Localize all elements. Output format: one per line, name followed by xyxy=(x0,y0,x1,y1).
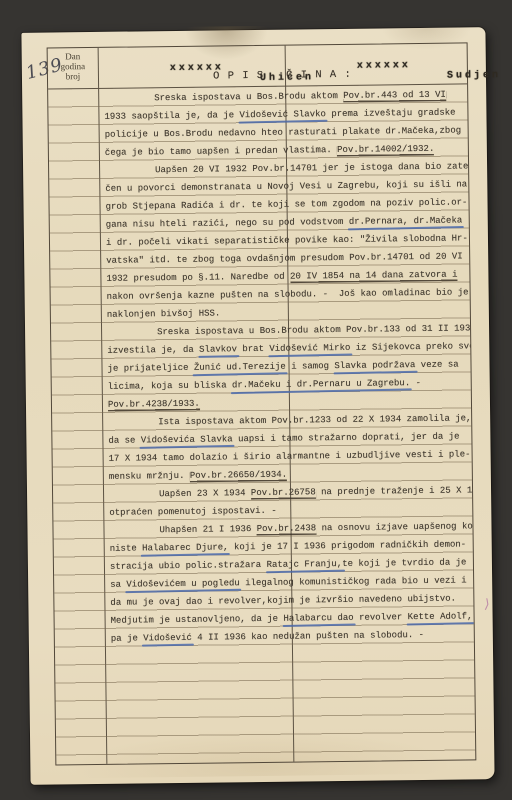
hand-underlined-name: Žunić ud.Terezije xyxy=(194,362,286,373)
hand-underlined-name: Vidošević xyxy=(143,633,192,644)
text-segment: 17 X 1934 tamo dolazio i širio alarmantn… xyxy=(109,449,471,463)
text-segment: stracija ubio polic.stražara xyxy=(110,560,267,572)
hand-underlined-name: Vidošević Mirko xyxy=(269,343,350,354)
text-segment: mensku mržnju. xyxy=(109,471,190,482)
text-segment: grob Stjepana Radića i dr. te koji se to… xyxy=(105,197,467,211)
text-segment: naklonjen bivšoj HSS. xyxy=(107,308,221,319)
text-segment: Uapšen 20 VI 1932 Pov.br.14701 jer je is… xyxy=(155,161,474,175)
text-segment: Sreska ispostava u Bos.Brodu aktom Pov.b… xyxy=(157,323,475,337)
hand-underlined-name: Slavkov xyxy=(199,344,237,354)
typed-underlined-reference: Pov.br.14002/1932. xyxy=(337,144,434,155)
text-segment: Ista ispostava aktom Pov.br.1233 od 22 X… xyxy=(158,413,471,427)
text-segment: licima, koja su bliska xyxy=(108,380,232,392)
typed-underlined-reference: Pov.br.26758 xyxy=(251,487,316,498)
text-segment: da mu je ovaj dao i revolver,kojim je iz… xyxy=(110,594,456,608)
text-segment: iz Sijekovca preko svo- xyxy=(350,341,475,353)
typed-underlined-reference: 20 IV 1854 na 14 dana zatvora i xyxy=(290,270,458,282)
typed-underlined-reference: Pov.br.2438 xyxy=(257,523,317,534)
text-segment: uapsi i tamo stražarno doprati, jer da j… xyxy=(233,432,460,445)
text-segment: čen u povorci demonstranata u Novoj Vesi… xyxy=(105,179,467,193)
hand-underlined-name: Slavka podržava xyxy=(334,360,415,371)
text-segment: i dr. počeli vikati separatističke povik… xyxy=(106,233,468,247)
typed-underlined-reference: Pov.br.443 od 13 VI xyxy=(343,90,446,101)
ruled-body-area: Sreska ispostava u Bos.Brodu aktom Pov.b… xyxy=(48,84,475,764)
form-table: Dan godina broj Uhićen xxxxxx Sudjen xxx… xyxy=(47,42,477,765)
hand-underlined-name: Vidoševića Slavka xyxy=(141,434,233,445)
text-segment: čega je bio tamo uapšen i predan vlastim… xyxy=(105,145,337,158)
typed-underlined-reference: Pov.br.26650/1934. xyxy=(190,470,287,481)
day-column-header: Dan godina broj xyxy=(48,51,98,82)
typed-underlined-reference: Pov.br.4238/1933. xyxy=(108,399,200,410)
text-segment: pa je xyxy=(111,633,144,643)
hand-underlined-name: Vidošević Slavko xyxy=(239,109,326,120)
scanned-document-page: { "colors":{ "background":"#363431", "pa… xyxy=(0,0,512,800)
text-segment: gana nisu hteli razići, nego su pod vods… xyxy=(106,217,349,230)
text-segment: je prijateljice xyxy=(107,363,194,374)
document-paper: 139 Dan godina broj Uhićen xxxxxx Sudjen… xyxy=(21,27,494,785)
text-segment: Sreska ispostava u Bos.Brodu aktom xyxy=(154,91,343,103)
header-line-godina: godina xyxy=(48,61,98,72)
red-margin-mark: ⟩ xyxy=(484,597,491,613)
hand-underlined-name: Halabarcu dao xyxy=(283,613,353,624)
text-segment: vatska" itd. te zbog toga ovdašnjom pres… xyxy=(106,251,463,265)
typed-line: pa je Vidošević 4 II 1936 kao nedužan pu… xyxy=(111,625,472,647)
hand-underlined-name: Ratajc Franju, xyxy=(267,559,343,570)
hand-underlined-name: Halabarec Djure, xyxy=(142,542,229,553)
text-segment: 1932 presudom po §.11. Naredbe od xyxy=(106,272,290,284)
text-segment: ilegalnog komunističkog rada bio u vezi … xyxy=(240,575,467,588)
text-segment: Uhapšen 21 I 1936 xyxy=(159,524,256,535)
text-segment: otpraćen pomenutoj ispostavi. - xyxy=(109,506,277,518)
header-line-broj: broj xyxy=(48,71,98,82)
text-segment: i samog xyxy=(286,361,335,372)
hand-underlined-name: Kette Adolf, xyxy=(408,611,473,622)
text-segment: izvestila je, da xyxy=(107,345,199,356)
text-segment: na prednje traženje i 25 X 1934 xyxy=(316,485,476,497)
text-segment: te koji je tvrdio da je xyxy=(342,557,466,569)
text-segment: sa xyxy=(110,580,126,590)
text-segment: Medjutim je ustanovljeno, da je xyxy=(111,614,284,626)
typed-text-block: Sreska ispostava u Bos.Brodu aktom Pov.b… xyxy=(98,84,475,763)
text-segment: revolver xyxy=(354,612,408,623)
table-header-row: Dan godina broj Uhićen xxxxxx Sudjen xxx… xyxy=(48,43,467,89)
header-line-dan: Dan xyxy=(48,51,98,62)
text-segment: - xyxy=(410,378,421,388)
text-segment: prema izveštaju gradske xyxy=(326,108,456,120)
text-segment: nakon ovršenja kazne pušten na slobodu. … xyxy=(107,287,469,301)
text-segment: 4 II 1936 kao nedužan pušten na slobodu.… xyxy=(192,630,424,643)
text-segment: 1933 saopštila je, da je xyxy=(104,110,239,122)
text-segment: brat xyxy=(237,344,270,354)
hand-underlined-name: dr.Pernara, dr.Mačeka xyxy=(349,215,463,226)
text-segment: Uapšen 23 X 1934 xyxy=(159,488,251,499)
hand-underlined-name: Vidoševićem u pogledu xyxy=(126,578,240,589)
text-segment: na osnovu izjave uapšenog komu- xyxy=(316,521,475,533)
text-segment: niste xyxy=(110,543,143,553)
hand-underlined-name: dr.Mačeku i dr.Pernaru u Zagrebu. xyxy=(232,378,410,390)
text-segment: policije u Bos.Brodu nedavno hteo rastur… xyxy=(105,125,462,139)
text-segment: da se xyxy=(108,435,141,445)
text-segment: koji je 17 I 1936 prigodom radničkih dem… xyxy=(228,539,466,552)
text-segment: veze sa xyxy=(415,360,458,371)
